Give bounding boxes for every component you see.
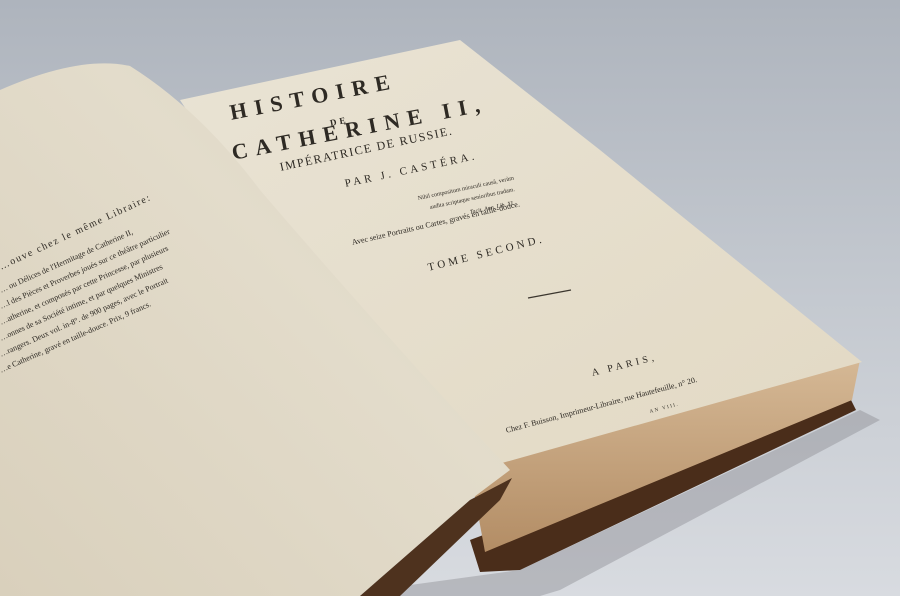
photo-scene: HISTOIRE DE CATHERINE II, IMPÉRATRICE DE… bbox=[0, 0, 900, 596]
